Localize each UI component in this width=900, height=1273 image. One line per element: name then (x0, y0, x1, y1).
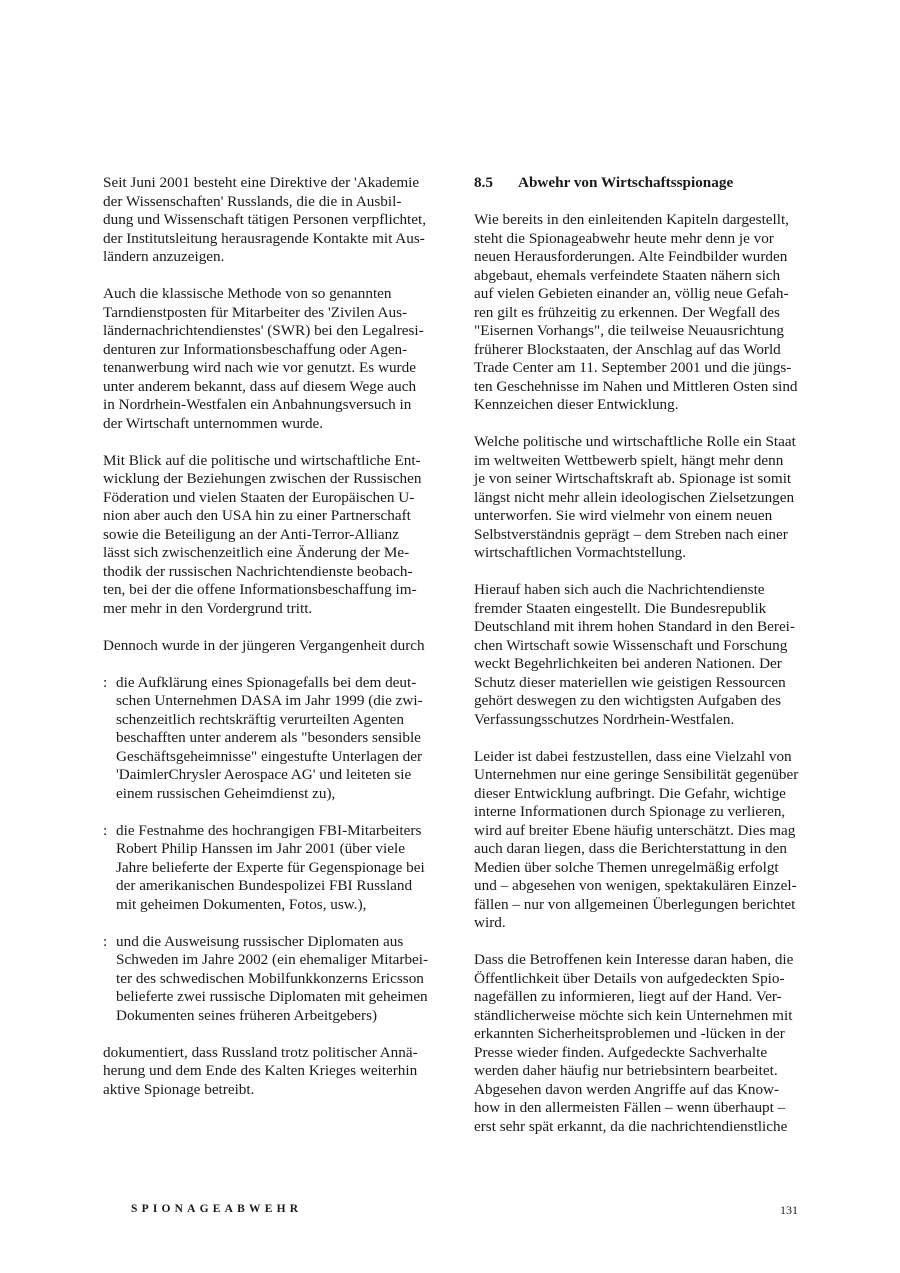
bullet-list: : die Aufklärung eines Spionagefalls bei… (103, 674, 433, 1026)
bullet-marker: : (103, 933, 116, 1026)
paragraph-akademie-directive: Seit Juni 2001 besteht eine Direktive de… (103, 174, 433, 267)
page-number: 131 (780, 1203, 798, 1218)
right-column: 8.5 Abwehr von Wirtschaftsspionage Wie b… (474, 174, 804, 1155)
paragraph-political-development: Mit Blick auf die politische und wirtsch… (103, 452, 433, 619)
bullet-marker: : (103, 822, 116, 915)
paragraph-tarndienstposten: Auch die klassische Methode von so genan… (103, 285, 433, 433)
running-title: SPIONAGEABWEHR (131, 1203, 302, 1218)
paragraph-challenges: Wie bereits in den einleitenden Kapiteln… (474, 211, 804, 415)
paragraph-conclusion: dokumentiert, dass Russland trotz politi… (103, 1044, 433, 1100)
left-column: Seit Juni 2001 besteht eine Direktive de… (103, 174, 433, 1118)
list-item: : die Festnahme des hochrangigen FBI-Mit… (103, 822, 433, 915)
paragraph-foreign-services: Hierauf haben sich auch die Nachrichtend… (474, 581, 804, 729)
bullet-text-ericsson: und die Ausweisung russischer Diplomaten… (116, 933, 428, 1026)
list-item: : die Aufklärung eines Spionagefalls bei… (103, 674, 433, 804)
paragraph-economic-role: Welche politische und wirtschaftliche Ro… (474, 433, 804, 563)
bullet-marker: : (103, 674, 116, 804)
paragraph-affected-companies: Dass die Betroffenen kein Interesse dara… (474, 951, 804, 1136)
bullet-text-hanssen: die Festnahme des hochrangigen FBI-Mitar… (116, 822, 425, 915)
paragraph-bullet-intro: Dennoch wurde in der jüngeren Vergangenh… (103, 637, 433, 656)
section-title: Abwehr von Wirtschaftsspionage (518, 174, 733, 193)
paragraph-low-sensitivity: Leider ist dabei festzustellen, dass ein… (474, 748, 804, 933)
section-heading: 8.5 Abwehr von Wirtschaftsspionage (474, 174, 804, 193)
section-number: 8.5 (474, 174, 518, 193)
page-footer: SPIONAGEABWEHR 131 (131, 1203, 798, 1218)
bullet-text-dasa: die Aufklärung eines Spionagefalls bei d… (116, 674, 423, 804)
list-item: : und die Ausweisung russischer Diplomat… (103, 933, 433, 1026)
document-page: Seit Juni 2001 besteht eine Direktive de… (0, 0, 900, 1273)
